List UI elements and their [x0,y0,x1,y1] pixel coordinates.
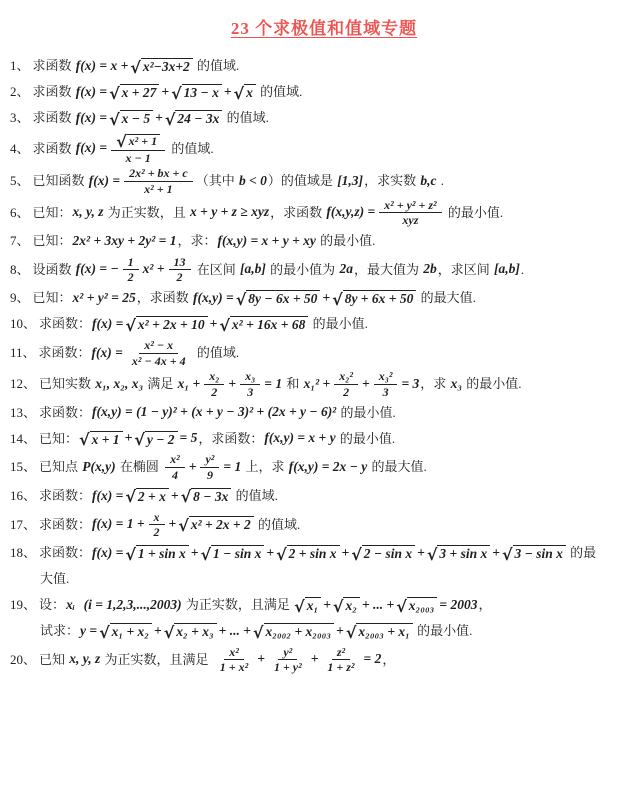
sqrt-expression: √x² + 16x + 68 [219,316,308,333]
problem-line: 11、求函数：f(x) =x² − xx² − 4x + 4 的值域. [10,339,638,367]
problem-number: 16、 [10,488,36,504]
math-fragment: x² + 16x + 68 [232,317,305,333]
problem-list: 1、求函数 f(x) = x +√x²−3x+2 的值域.2、求函数 f(x) … [10,55,638,674]
radical-sign: √ [200,547,211,563]
problem-item: 7、已知：2x² + 3xy + 2y² = 1，求：f(x,y) = x + … [10,230,638,253]
math-fragment: [a,b] [494,261,520,278]
math-fragment: x² − x [144,339,173,352]
text-fragment: 试求： [40,623,79,639]
problem-number: 14、 [10,431,36,447]
radicand: x₂₀₀₃ [407,597,438,614]
math-fragment: f(x) = [89,173,120,190]
problem-number: 4、 [10,141,30,157]
math-fragment: 2x² + 3xy + 2y² = 1 [73,233,177,250]
math-fragment: x₂₀₀₃ + x₁ [358,624,409,640]
text-fragment: 的值域. [194,58,240,74]
problem-item: 13、求函数：f(x,y) = (1 − y)² + (x + y − 3)² … [10,401,638,424]
problem-line: 8、设函数 f(x) = −12x² +132 在区间 [a,b] 的最小值为 … [10,256,638,284]
fraction-numerator: x₂ [204,370,224,385]
radicand: 3 − sin x [513,545,566,562]
math-fragment: x² − 4x + 4 [132,355,186,368]
math-fragment: f(x) = [92,488,123,505]
text-fragment: ，求 [420,376,449,392]
problem-number: 10、 [10,316,36,332]
math-fragment: f(x,y) = (1 − y)² + (x + y − 3)² + (2x +… [92,404,336,421]
fraction-numerator: x₃ [240,370,260,385]
problem-number: 13、 [10,405,36,421]
math-fragment: 1 + sin x [138,546,186,562]
radicand: x²−3x+2 [141,58,193,75]
problem-line: 19、设：xᵢ (i = 1,2,3,...,2003) 为正实数，且满足 √x… [10,594,638,617]
text-fragment: 求函数： [39,545,91,561]
math-fragment: 8y − 6x + 50 [248,291,317,307]
sqrt-expression: √24 − 3x [165,110,223,127]
math-fragment: x² + y² + z² [384,199,436,212]
radicand: 8y − 6x + 50 [246,290,320,307]
math-fragment: = 5 [180,430,198,447]
math-fragment: x₃² [379,370,393,383]
radical-sign: √ [164,625,175,641]
math-fragment: 2b [423,261,437,278]
text-fragment: 已知点 [39,459,81,475]
fraction-denominator: 2 [206,385,222,399]
problem-line: 13、求函数：f(x,y) = (1 − y)² + (x + y − 3)² … [10,401,638,424]
sqrt-expression: √x [234,84,256,101]
math-fragment: f(x) = [76,110,107,127]
text-fragment: （其中 [196,173,238,189]
problem-number: 9、 [10,290,30,306]
problem-item: 14、已知：√x + 1+√y − 2= 5，求函数：f(x,y) = x + … [10,427,638,450]
math-fragment: 8 − 3x [193,489,228,505]
text-fragment: 的值域. [168,141,214,157]
problem-line: 1、求函数 f(x) = x +√x²−3x+2 的值域. [10,55,638,78]
math-fragment: = 2003 [439,597,477,614]
math-fragment: y² [283,646,292,659]
text-fragment: 设： [39,597,65,613]
math-fragment: 4 [172,469,178,482]
radicand: x² + 2x + 2 [189,516,254,533]
text-fragment: 求函数 [33,110,75,126]
radicand: 2 + x [136,488,169,505]
problem-line: 18、求函数：f(x) =√1 + sin x+√1 − sin x+√2 + … [10,542,638,565]
math-fragment: 2 − sin x [364,546,412,562]
fraction-denominator: 3 [378,385,394,399]
radicand: 13 − x [182,84,222,101]
math-fragment: f(x,y) = x + y [264,430,335,447]
sqrt-expression: √x + 27 [109,84,159,101]
text-fragment: ，求函数 [137,290,192,306]
text-fragment: 已知： [39,431,78,447]
text-fragment: 在区间 [194,262,240,278]
text-fragment: ， [382,652,395,668]
document-page: 23 个求极值和值域专题 1、求函数 f(x) = x +√x²−3x+2 的值… [0,0,644,674]
radicand: x₂ [343,597,359,614]
math-fragment: + [362,376,370,393]
text-fragment: 的值域. [257,84,303,100]
text-fragment: 求函数： [39,345,91,361]
sqrt-expression: √y − 2 [134,431,177,448]
problem-line: 17、求函数：f(x) = 1 +x2+√x² + 2x + 2 的值域. [10,511,638,539]
math-fragment: 2x² + bx + c [129,167,188,180]
radicand: x² + 2x + 10 [136,316,208,333]
sqrt-expression: √1 − sin x [200,545,264,562]
text-fragment: 为正实数，且 [105,205,190,221]
problem-item: 10、求函数：f(x) =√x² + 2x + 10+√x² + 16x + 6… [10,313,638,336]
fraction-numerator: x² − x [139,339,178,354]
problem-line: 20、已知 x, y, z 为正实数，且满足 x²1 + x²+y²1 + y²… [10,646,638,674]
radical-sign: √ [332,292,343,308]
math-fragment: 2 + x [138,489,166,505]
math-fragment: x [246,85,253,101]
fraction: x₃3 [240,370,260,398]
sqrt-expression: √x² + 2x + 2 [178,516,254,533]
math-fragment: y = [80,623,97,640]
math-fragment: x₂ + x₃ [176,624,213,640]
fraction-denominator: 2 [172,270,188,284]
fraction-numerator: √x² + 1 [111,133,165,151]
radical-sign: √ [502,547,513,563]
radicand: x − 5 [120,110,153,127]
math-fragment: + [336,623,344,640]
math-fragment: y − 2 [147,432,175,448]
math-fragment: x² + 1 [129,135,157,149]
fraction-denominator: 2 [123,270,139,284]
page-title: 23 个求极值和值域专题 [10,14,638,39]
problem-line: 12、已知实数 x₁, x₂, x₃ 满足 x₁ +x₂2+x₃3= 1 和 x… [10,370,638,398]
radicand: x² + 16x + 68 [230,316,308,333]
radical-sign: √ [134,432,145,448]
fraction-denominator: 4 [167,468,183,482]
math-fragment: x₁ + [178,376,201,393]
math-fragment: x₂² [339,370,353,383]
problem-line: 15、已知点 P(x,y) 在椭圆 x²4+y²9= 1 上，求 f(x,y) … [10,453,638,481]
math-fragment: x, y, z [69,651,100,668]
math-fragment: 1 [128,256,134,269]
text-fragment: 的最小值. [463,376,522,392]
sqrt-expression: √2 + x [125,488,169,505]
radicand: x₁ + x₂ [110,623,152,640]
problem-number: 3、 [10,110,30,126]
math-fragment: x² + [143,261,165,278]
math-fragment: x²−3x+2 [143,59,190,75]
math-fragment: + [161,84,169,101]
problem-number: 20、 [10,652,36,668]
math-fragment: x₂ [345,598,356,614]
math-fragment: 13 [174,256,186,269]
math-fragment: x₁, x₂, x₃ [95,376,143,393]
fraction-numerator: 1 [123,256,139,271]
radical-sign: √ [79,432,90,448]
math-fragment: + ... + [219,623,251,640]
math-fragment: f(x) = [92,316,123,333]
math-fragment: + ... + [362,597,394,614]
math-fragment: x² [229,646,239,659]
math-fragment: [1,3] [337,173,363,190]
math-fragment: 2a [339,261,353,278]
text-fragment: 已知实数 [39,376,94,392]
text-fragment: 的最小值. [309,316,368,332]
math-fragment: [a,b] [240,261,266,278]
math-fragment: x₂₀₀₃ [409,598,435,614]
math-fragment: x² + 1 [144,183,172,196]
radical-sign: √ [333,599,344,615]
problem-line: 4、求函数 f(x) =√x² + 1x − 1 的值域. [10,133,638,164]
math-fragment: f(x,y) = x + y + xy [217,233,315,250]
radicand: x [244,84,256,101]
radical-sign: √ [125,547,136,563]
math-fragment: x + 1 [92,432,120,448]
math-fragment: f(x) = [76,140,107,157]
problem-line: 6、已知：x, y, z 为正实数，且 x + y + z ≥ xyz，求函数 … [10,199,638,227]
problem-line: 3、求函数 f(x) =√x − 5+√24 − 3x 的值域. [10,107,638,130]
problem-number: 5、 [10,173,30,189]
problem-number: 1、 [10,58,30,74]
radical-sign: √ [236,292,247,308]
text-fragment: ，最大值为 [354,262,422,278]
problem-item: 5、已知函数 f(x) =2x² + bx + cx² + 1（其中 b < 0… [10,167,638,195]
math-fragment: = 1 [264,376,282,393]
math-fragment: + [171,488,179,505]
text-fragment: 为正实数，且满足 [101,652,212,668]
radicand: x₁ [305,597,321,614]
fraction-denominator: xyz [397,213,423,227]
math-fragment: 2 [154,526,160,539]
text-fragment: 的最小值. [414,623,473,639]
radicand: x₂ + x₃ [174,623,216,640]
text-fragment: 的值域. [223,110,269,126]
math-fragment: 1 + x² [220,661,248,674]
fraction: y²9 [200,453,219,481]
fraction: x2 [149,511,165,539]
text-fragment: 的值域. [194,345,240,361]
fraction-denominator: x² + 1 [139,182,177,196]
math-fragment: = 2 [364,651,382,668]
radical-sign: √ [125,489,136,505]
problem-item: 8、设函数 f(x) = −12x² +132 在区间 [a,b] 的最小值为 … [10,256,638,284]
math-fragment: + [210,316,218,333]
text-fragment: . [521,262,524,278]
fraction-numerator: x² [165,453,185,468]
math-fragment: x₃ [245,370,255,383]
math-fragment: + [266,545,274,562]
radicand: x² + 1 [127,134,160,149]
problem-number: 19、 [10,597,36,613]
fraction: y²1 + y² [269,646,307,674]
text-fragment: 求函数 [33,141,75,157]
text-fragment: ， [478,597,491,613]
text-fragment: 的最 [567,545,596,561]
radical-sign: √ [351,547,362,563]
sqrt-expression: √1 + sin x [125,545,188,562]
math-fragment: y² [205,453,214,466]
math-fragment: + [224,84,232,101]
text-fragment: 的最小值. [445,205,504,221]
problem-item: 1、求函数 f(x) = x +√x²−3x+2 的值域. [10,55,638,78]
math-fragment: 3 [247,386,253,399]
sqrt-expression: √x₂₀₀₃ [396,597,437,614]
sqrt-expression: √x + 1 [79,431,123,448]
fraction-denominator: 1 + y² [269,660,307,674]
fraction: x²1 + x² [215,646,253,674]
math-fragment: f(x,y) = 2x − y [289,459,367,476]
fraction: √x² + 1x − 1 [111,133,165,164]
radical-sign: √ [125,318,136,334]
fraction-numerator: y² [200,453,219,468]
sqrt-expression: √x₂ [333,597,360,614]
radical-sign: √ [171,86,182,102]
math-fragment: x + y + z ≥ xyz [190,204,269,221]
problem-line: 10、求函数：f(x) =√x² + 2x + 10+√x² + 16x + 6… [10,313,638,336]
math-fragment: 3 + sin x [439,546,487,562]
fraction: x²4 [165,453,185,481]
math-fragment: x − 1 [125,152,150,165]
math-fragment: + [154,623,162,640]
radical-sign: √ [181,489,192,505]
problem-item: 15、已知点 P(x,y) 在椭圆 x²4+y²9= 1 上，求 f(x,y) … [10,453,638,481]
math-fragment: f(x) = [92,545,123,562]
radicand: 2 + sin x [287,545,340,562]
radicand: 1 + sin x [136,545,189,562]
sqrt-expression: √x₁ + x₂ [99,623,152,640]
problem-item: 3、求函数 f(x) =√x − 5+√24 − 3x 的值域. [10,107,638,130]
sqrt-expression: √x − 5 [109,110,153,127]
fraction-numerator: x₃² [374,370,398,385]
radicand: x₂₀₀₂ + x₂₀₀₃ [264,623,335,640]
problem-line: 5、已知函数 f(x) =2x² + bx + cx² + 1（其中 b < 0… [10,167,638,195]
radicand: 3 + sin x [437,545,490,562]
fraction: x² − xx² − 4x + 4 [127,339,191,367]
problem-item: 20、已知 x, y, z 为正实数，且满足 x²1 + x²+y²1 + y²… [10,646,638,674]
math-fragment: x [154,511,160,524]
radicand: 1 − sin x [211,545,264,562]
text-fragment: 的最小值. [317,233,376,249]
math-fragment: x₃ [451,376,462,393]
problem-line: 14、已知：√x + 1+√y − 2= 5，求函数：f(x,y) = x + … [10,427,638,450]
text-fragment: 求函数： [39,517,91,533]
text-fragment: 和 [283,376,303,392]
math-fragment: 2 [128,271,134,284]
text-fragment: 已知 [39,652,68,668]
problem-line: 16、求函数：f(x) =√2 + x+√8 − 3x 的值域. [10,485,638,508]
math-fragment: 2 [211,386,217,399]
fraction-denominator: x − 1 [120,151,155,165]
problem-line: 7、已知：2x² + 3xy + 2y² = 1，求：f(x,y) = x + … [10,230,638,253]
math-fragment: x² + y² = 25 [73,290,136,307]
sqrt-expression: √x₂ + x₃ [164,623,217,640]
text-fragment: 求函数： [39,316,91,332]
math-fragment: 2 [177,271,183,284]
fraction-denominator: 1 + z² [322,660,359,674]
math-fragment: + [125,430,133,447]
text-fragment: ，求： [177,233,216,249]
math-fragment: P(x,y) [82,459,115,476]
sqrt-expression: √8y + 6x + 50 [332,290,416,307]
math-fragment: + [228,376,236,393]
math-fragment: = 1 [223,459,241,476]
fraction: x² + y² + z²xyz [379,199,441,227]
fraction: z²1 + z² [322,646,359,674]
radical-sign: √ [99,625,110,641]
fraction-numerator: x₂² [334,370,358,385]
radical-sign: √ [253,625,264,641]
text-fragment: 求函数 [33,58,75,74]
problem-number: 17、 [10,517,36,533]
radical-sign: √ [130,60,141,76]
sqrt-expression: √2 + sin x [276,545,339,562]
math-fragment: xyz [402,214,418,227]
math-fragment: f(x,y) = [193,290,234,307]
text-fragment [76,597,83,613]
text-fragment: 的最小值. [337,431,396,447]
sqrt-expression: √x² + 1 [116,133,160,149]
problem-line: 试求：y =√x₁ + x₂+√x₂ + x₃+ ... +√x₂₀₀₂ + x… [40,620,638,643]
radicand: 8y + 6x + 50 [343,290,417,307]
fraction-numerator: 13 [169,256,191,271]
math-fragment: x₂ [209,370,219,383]
fraction: x₂²2 [334,370,358,398]
text-fragment: ）的值域是 [268,173,336,189]
math-fragment: 2 [343,386,349,399]
fraction: x₂2 [204,370,224,398]
radical-sign: √ [294,599,305,615]
problem-item: 12、已知实数 x₁, x₂, x₃ 满足 x₁ +x₂2+x₃3= 1 和 x… [10,370,638,398]
fraction-numerator: z² [332,646,350,661]
math-fragment: b,c [420,173,436,190]
problem-number: 12、 [10,376,36,392]
problem-line: 大值. [40,568,638,591]
math-fragment: x² + 2x + 10 [138,317,205,333]
math-fragment: + [191,545,199,562]
problem-item: 9、已知：x² + y² = 25，求函数 f(x,y) =√8y − 6x +… [10,287,638,310]
radicand: y − 2 [145,431,178,448]
math-fragment: + [189,459,197,476]
fraction: 132 [169,256,191,284]
fraction-numerator: y² [278,646,297,661]
math-fragment: f(x) = 1 + [92,516,145,533]
text-fragment: ，求函数： [198,431,263,447]
math-fragment: + [155,110,163,127]
problem-item: 6、已知：x, y, z 为正实数，且 x + y + z ≥ xyz，求函数 … [10,199,638,227]
radical-sign: √ [219,318,230,334]
problem-number: 15、 [10,459,36,475]
radical-sign: √ [165,112,176,128]
text-fragment: 满足 [144,376,177,392]
math-fragment: x₂₀₀₂ + x₂₀₀₃ [266,624,332,640]
math-fragment: xᵢ [66,597,75,614]
radical-sign: √ [116,134,127,150]
sqrt-expression: √x² + 2x + 10 [125,316,207,333]
text-fragment: 求函数： [39,488,91,504]
fraction: x₃²3 [374,370,398,398]
text-fragment: 的最大值. [368,459,427,475]
fraction-numerator: x² + y² + z² [379,199,441,214]
math-fragment: z² [337,646,345,659]
problem-line: 9、已知：x² + y² = 25，求函数 f(x,y) =√8y − 6x +… [10,287,638,310]
math-fragment: + [257,651,265,668]
sqrt-expression: √8y − 6x + 50 [236,290,321,307]
problem-line: 2、求函数 f(x) =√x + 27+√13 − x+√x 的值域. [10,81,638,104]
problem-number: 6、 [10,205,30,221]
math-fragment: 8y + 6x + 50 [345,291,414,307]
text-fragment: 求函数： [39,405,91,421]
math-fragment: f(x,y,z) = [326,204,375,221]
radicand: x₂₀₀₃ + x₁ [356,623,412,640]
math-fragment: x² + 2x + 2 [191,517,251,533]
math-fragment: + [492,545,500,562]
math-fragment: x, y, z [73,204,104,221]
fraction-denominator: 1 + x² [215,660,253,674]
math-fragment: (i = 1,2,3,...,2003) [84,597,182,614]
